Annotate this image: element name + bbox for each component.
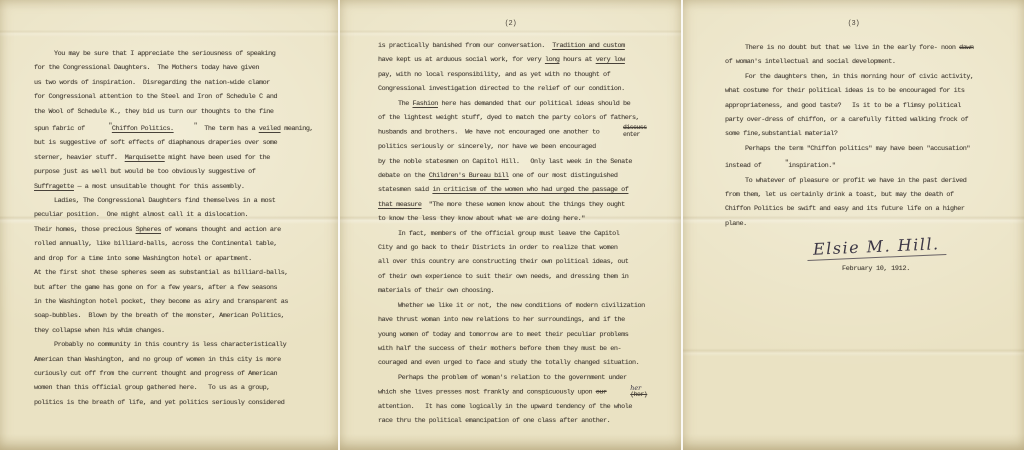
- page-2-body: is practically banished from our convers…: [340, 28, 681, 429]
- signature-date: February 10, 1912.: [791, 265, 961, 273]
- typewritten-text: The term has a: [197, 125, 259, 133]
- typewritten-text: veiled: [259, 125, 281, 133]
- signature-block: Elsie M. Hill. February 10, 1912.: [791, 237, 961, 273]
- correction-stack: her(her): [610, 385, 647, 398]
- paragraph: Probably no community in this country is…: [34, 338, 322, 410]
- correction-stack: discussenter: [603, 125, 647, 138]
- typewritten-text: Suffragette: [34, 183, 74, 191]
- typewritten-text: To whatever of pleasure or profit we hav…: [725, 177, 966, 228]
- page-3: (3) There is no doubt but that we live i…: [683, 0, 1024, 450]
- paragraph: Perhaps the problem of woman's relation …: [378, 371, 667, 429]
- paragraph: There is no doubt but that we live in th…: [725, 41, 1010, 70]
- typewritten-text: Whether we like it or not, the new condi…: [378, 302, 645, 368]
- paragraph: The Fashion here has demanded that our p…: [378, 97, 667, 155]
- paragraph: Ladies, The Congressional Daughters find…: [34, 194, 322, 338]
- typewritten-text: Tradition and custom: [552, 42, 625, 50]
- typewritten-text: attention. It has come logically in the …: [378, 403, 632, 425]
- typewritten-text: pay, with no local responsibility, and a…: [378, 71, 625, 93]
- typewritten-text: of womans thought and action are rolled …: [34, 226, 288, 335]
- typewritten-text: inspiration.": [788, 162, 835, 170]
- typewritten-text: our: [596, 389, 607, 397]
- typewritten-text: Spheres: [136, 226, 161, 234]
- typewritten-text: long: [545, 56, 560, 64]
- typewritten-text: enter: [603, 132, 647, 139]
- signature: Elsie M. Hill.: [806, 234, 945, 261]
- paragraph: You may be sure that I appreciate the se…: [34, 47, 322, 194]
- paragraph: is practically banished from our convers…: [378, 39, 667, 97]
- typewritten-text: is practically banished from our convers…: [378, 42, 552, 50]
- document-scan: You may be sure that I appreciate the se…: [0, 0, 1024, 450]
- typewritten-text: hours at: [559, 56, 595, 64]
- typewritten-text: For the daughters then, in this morning …: [725, 73, 974, 139]
- typewritten-text: dawn: [959, 44, 974, 52]
- typewritten-text: have kept us at arduous social work, for…: [378, 56, 545, 64]
- page-2: (2) is practically banished from our con…: [340, 0, 681, 450]
- page-1-body: You may be sure that I appreciate the se…: [0, 0, 338, 410]
- typewritten-text: very low: [596, 56, 625, 64]
- typewritten-text: Fashion: [413, 100, 438, 108]
- paragraph: Whether we like it or not, the new condi…: [378, 299, 667, 371]
- typewritten-text: ": [765, 156, 788, 170]
- typewritten-text: The: [398, 100, 413, 108]
- page-3-number: (3): [683, 0, 1024, 28]
- typewritten-text: ": [88, 119, 111, 133]
- typewritten-text: Perhaps the problem of woman's relation …: [378, 374, 627, 397]
- typewritten-text: Perhaps the term "Chiffon politics" may …: [725, 145, 970, 170]
- typewritten-text: (her): [610, 392, 647, 399]
- page-3-body: There is no doubt but that we live in th…: [683, 28, 1024, 231]
- paragraph: For the daughters then, in this morning …: [725, 70, 1010, 142]
- typewritten-text: Children's Bureau bill: [429, 172, 509, 180]
- typewritten-text: — a most unsuitable thought for this ass…: [74, 183, 245, 191]
- paragraph: by the noble statesmen on Capitol Hill. …: [378, 155, 667, 227]
- paragraph: In fact, members of the official group m…: [378, 227, 667, 299]
- typewritten-text: ": [174, 119, 197, 133]
- typewritten-text: There is no doubt but that we live in th…: [745, 44, 959, 52]
- typewritten-text: politics seriously or sincerely, nor hav…: [378, 143, 596, 151]
- typewritten-text: You may be sure that I appreciate the se…: [34, 50, 277, 133]
- typewritten-text: In fact, members of the official group m…: [378, 230, 628, 296]
- paragraph: Perhaps the term "Chiffon politics" may …: [725, 142, 1010, 174]
- typewritten-text: Chiffon Politics.: [112, 125, 174, 133]
- page-1: You may be sure that I appreciate the se…: [0, 0, 338, 450]
- typewritten-text: Probably no community in this country is…: [34, 341, 286, 407]
- typewritten-text: of woman's intellectual and social devel…: [725, 58, 896, 66]
- page-2-number: (2): [340, 0, 681, 28]
- paragraph: To whatever of pleasure or profit we hav…: [725, 174, 1010, 232]
- typewritten-text: Marquisette: [125, 154, 165, 162]
